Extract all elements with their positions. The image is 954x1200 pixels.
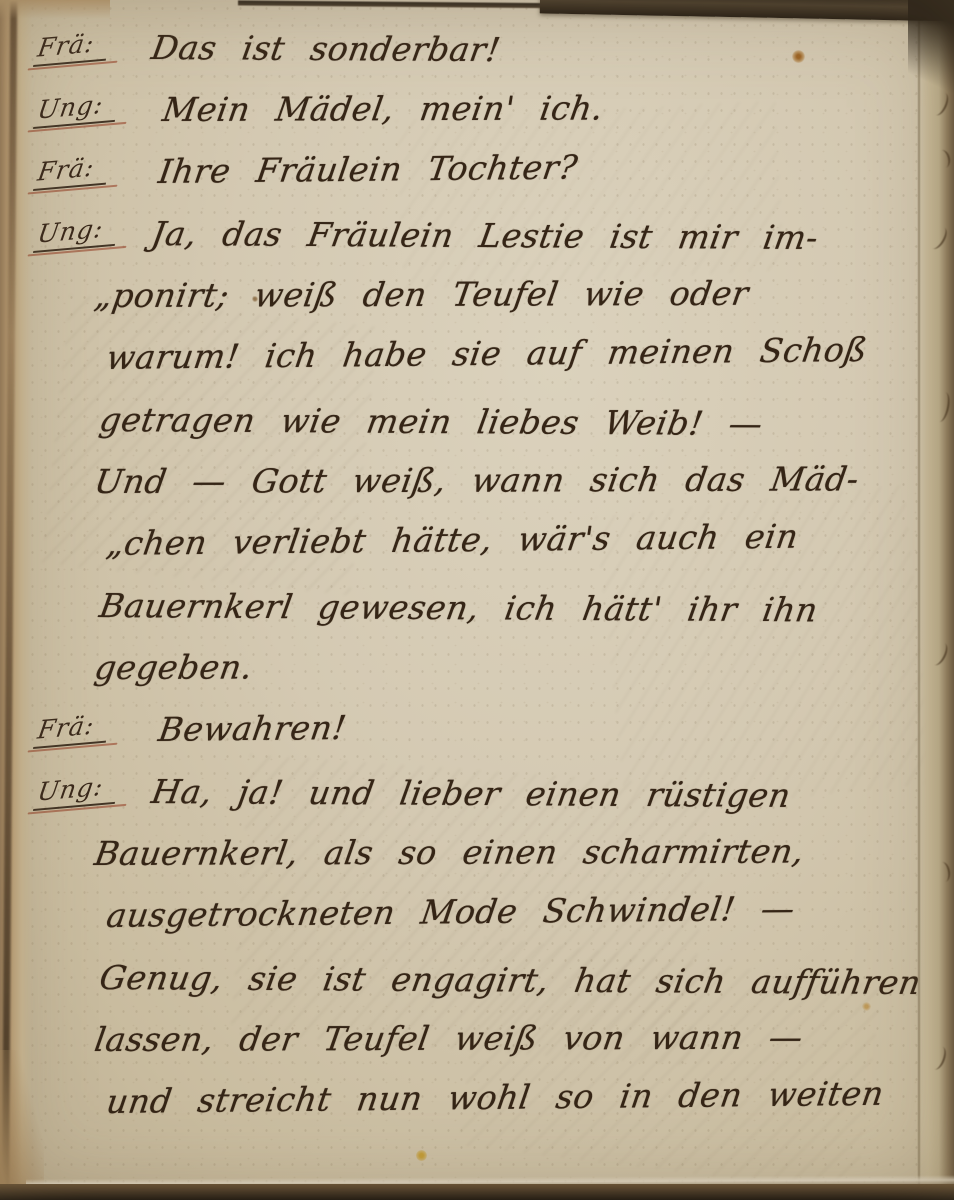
- speaker-label: Frä:: [33, 27, 111, 67]
- line-text: Ha, ja! und lieber einen rüstigen: [149, 772, 794, 815]
- manuscript-row: Frä:Das ist sonderbar!: [0, 24, 916, 86]
- line-text: und streicht nun wohl so in den weiten: [104, 1074, 886, 1121]
- speaker-label: Frä:: [33, 709, 111, 749]
- line-text: getragen wie mein liebes Weib! —: [97, 400, 766, 443]
- line-text: Bauernkerl, als so einen scharmirten,: [92, 832, 807, 873]
- manuscript-row: Frä:Ihre Fräulein Tochter?: [0, 148, 916, 210]
- line-text: Bauernkerl gewesen, ich hätt' ihr ihn: [97, 586, 821, 629]
- manuscript-row: „chen verliebt hätte, wär's auch ein: [0, 520, 916, 582]
- line-text: Und — Gott weiß, wann sich das Mäd-: [92, 459, 862, 501]
- manuscript-row: gegeben.: [0, 644, 916, 706]
- manuscript-scan: Frä:Das ist sonderbar!Ung:Mein Mädel, me…: [0, 0, 954, 1200]
- speaker-label: Ung:: [33, 88, 120, 129]
- line-text: warum! ich habe sie auf meinen Schoß: [104, 330, 870, 377]
- line-text: „chen verliebt hätte, wär's auch ein: [104, 517, 801, 563]
- line-text: Ja, das Fräulein Lestie ist mir im-: [149, 214, 822, 257]
- manuscript-row: „ponirt; weiß den Teufel wie oder: [0, 272, 916, 334]
- manuscript-row: lassen, der Teufel weiß von wann —: [0, 1016, 916, 1078]
- line-text: Ihre Fräulein Tochter?: [156, 148, 580, 191]
- manuscript-row: Ung:Ha, ja! und lieber einen rüstigen: [0, 768, 916, 830]
- manuscript-row: Ung:Ja, das Fräulein Lestie ist mir im-: [0, 210, 916, 272]
- line-text: Genug, sie ist engagirt, hat sich auffüh…: [97, 958, 924, 1002]
- line-text: ausgetrockneten Mode Schwindel! —: [104, 889, 798, 935]
- speaker-label: Ung:: [33, 770, 120, 811]
- speaker-label: Frä:: [33, 151, 111, 191]
- manuscript-text-block: Frä:Das ist sonderbar!Ung:Mein Mädel, me…: [0, 24, 916, 1140]
- line-text: Mein Mädel, mein' ich.: [160, 88, 606, 129]
- line-text: gegeben.: [92, 647, 256, 687]
- manuscript-row: Bauernkerl, als so einen scharmirten,: [0, 830, 916, 892]
- manuscript-row: Und — Gott weiß, wann sich das Mäd-: [0, 458, 916, 520]
- manuscript-row: Ung:Mein Mädel, mein' ich.: [0, 86, 916, 148]
- manuscript-row: Frä:Bewahren!: [0, 706, 916, 768]
- manuscript-row: warum! ich habe sie auf meinen Schoß: [0, 334, 916, 396]
- line-text: lassen, der Teufel weiß von wann —: [92, 1018, 806, 1059]
- speaker-label: Ung:: [33, 212, 120, 253]
- manuscript-row: und streicht nun wohl so in den weiten: [0, 1078, 916, 1140]
- manuscript-row: getragen wie mein liebes Weib! —: [0, 396, 916, 458]
- manuscript-row: Genug, sie ist engagirt, hat sich auffüh…: [0, 954, 916, 1016]
- line-text: Bewahren!: [156, 708, 349, 749]
- manuscript-row: ausgetrockneten Mode Schwindel! —: [0, 892, 916, 954]
- line-text: Das ist sonderbar!: [149, 28, 504, 69]
- manuscript-row: Bauernkerl gewesen, ich hätt' ihr ihn: [0, 582, 916, 644]
- line-text: „ponirt; weiß den Teufel wie oder: [92, 274, 751, 315]
